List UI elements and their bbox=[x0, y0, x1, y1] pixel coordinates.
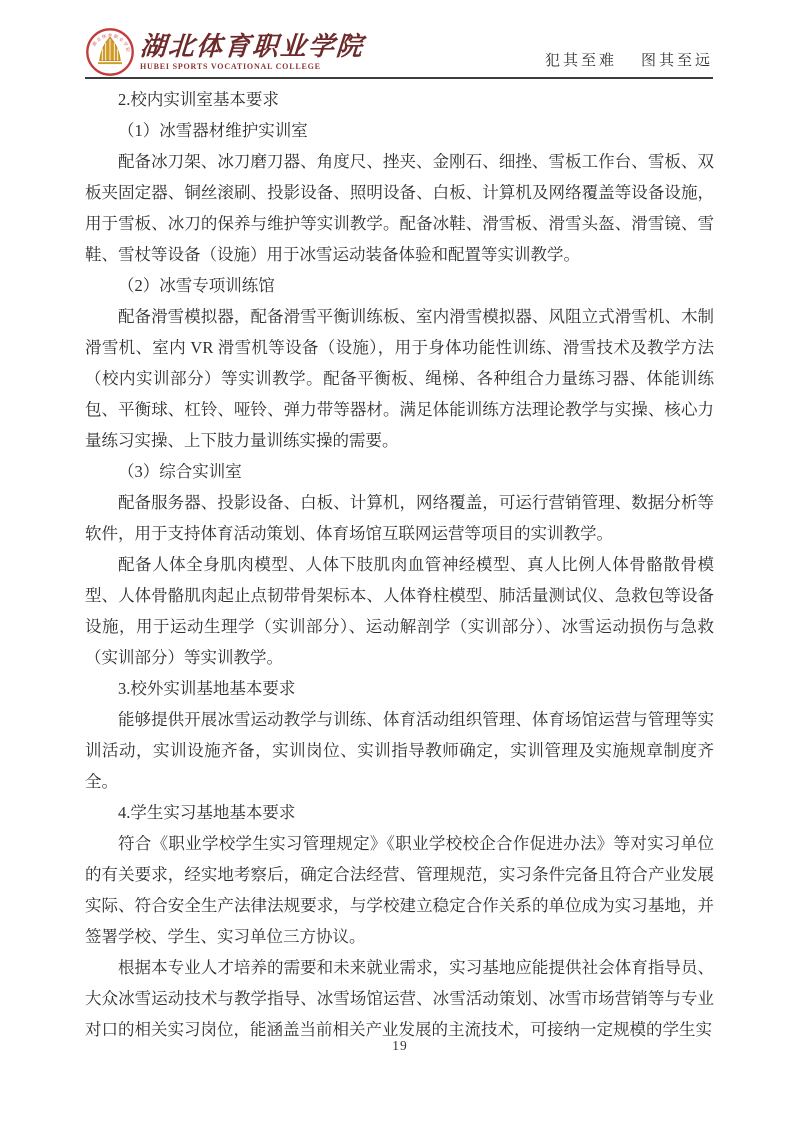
section-heading: （2）冰雪专项训练馆 bbox=[85, 270, 714, 301]
college-name-zh: 湖北体育职业学院 bbox=[139, 33, 365, 61]
body-paragraph: 配备服务器、投影设备、白板、计算机，网络覆盖，可运行营销管理、数据分析等软件，用… bbox=[85, 487, 714, 549]
document-page: 湖北体育职业学院 湖北体育职业学院 HUBEI SPORTS VOCATIONA… bbox=[0, 0, 800, 1131]
body-paragraph: 能够提供开展冰雪运动教学与训练、体育活动组织管理、体育场馆运营与管理等实训活动，… bbox=[85, 704, 714, 797]
college-name-block: 湖北体育职业学院 HUBEI SPORTS VOCATIONAL COLLEGE bbox=[140, 27, 364, 71]
section-heading: 2.校内实训室基本要求 bbox=[85, 84, 714, 115]
section-heading: 4.学生实习基地基本要求 bbox=[85, 797, 714, 828]
header-divider bbox=[85, 77, 713, 79]
section-heading: 3.校外实训基地基本要求 bbox=[85, 673, 714, 704]
header-slogan: 犯其至难图其至远 bbox=[545, 49, 713, 70]
body-paragraph: 配备人体全身肌肉模型、人体下肢肌肉血管神经模型、真人比例人体骨骼散骨模型、人体骨… bbox=[85, 549, 714, 673]
body-paragraph: 配备滑雪模拟器，配备滑雪平衡训练板、室内滑雪模拟器、风阻立式滑雪机、木制滑雪机、… bbox=[85, 301, 714, 456]
page-header: 湖北体育职业学院 湖北体育职业学院 HUBEI SPORTS VOCATIONA… bbox=[85, 0, 713, 77]
page-footer: 19 bbox=[0, 1037, 800, 1055]
body-paragraph: 符合《职业学校学生实习管理规定》《职业学校校企合作促进办法》等对实习单位的有关要… bbox=[85, 828, 714, 952]
page-number: 19 bbox=[392, 1038, 408, 1053]
body-paragraph: 根据本专业人才培养的需要和未来就业需求，实习基地应能提供社会体育指导员、大众冰雪… bbox=[85, 952, 714, 1045]
section-heading: （1）冰雪器材维护实训室 bbox=[85, 115, 714, 146]
college-seal-icon: 湖北体育职业学院 bbox=[85, 27, 135, 77]
document-body: 2.校内实训室基本要求（1）冰雪器材维护实训室配备冰刀架、冰刀磨刀器、角度尺、挫… bbox=[85, 84, 714, 1045]
slogan-part-left: 犯其至难 bbox=[545, 53, 617, 69]
body-paragraph: 配备冰刀架、冰刀磨刀器、角度尺、挫夹、金刚石、细挫、雪板工作台、雪板、双板夹固定… bbox=[85, 146, 714, 270]
college-name-en: HUBEI SPORTS VOCATIONAL COLLEGE bbox=[140, 62, 364, 71]
section-heading: （3）综合实训室 bbox=[85, 456, 714, 487]
college-brand: 湖北体育职业学院 湖北体育职业学院 HUBEI SPORTS VOCATIONA… bbox=[85, 27, 364, 77]
slogan-part-right: 图其至远 bbox=[641, 53, 713, 69]
